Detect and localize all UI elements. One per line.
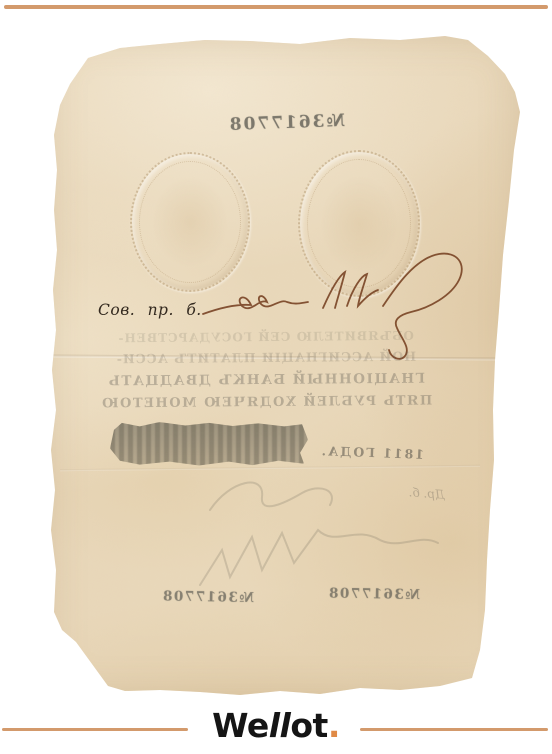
bottom-serial-right: №3617708	[302, 585, 420, 603]
brand-wordmark: Wellot.	[0, 706, 552, 745]
wordmark-period: .	[328, 706, 340, 745]
series-label: Сов. пр. б.	[98, 301, 202, 319]
wordmark-prefix: We	[212, 706, 269, 745]
showthrough-text-block: ОБЪЯВИТЕЛЮ СЕЙ ГОСУДАРСТВЕН- НОЙ АССИГНА…	[80, 325, 453, 415]
showthrough-line: НОЙ АССИГНАЦІИ ПЛАТИТЪ АССИ-	[80, 345, 452, 370]
brand-footer: Wellot.	[0, 706, 552, 754]
showthrough-line: ГНАЦІОННЫЙ БАНКЪ ДВАДЦАТЬ	[80, 367, 452, 393]
photo-frame: №3617708 Сов. пр. б. ОБЪЯВИТЕЛЮ СЕЙ ГОСУ…	[0, 0, 552, 754]
wordmark-suffix: ot	[290, 706, 327, 745]
showthrough-line: ПЯТЬ РУБЛЕЙ ХОДЯЧЕЮ МОНЕТОЮ	[80, 390, 452, 415]
top-accent-line	[4, 5, 548, 9]
showthrough-signature	[170, 455, 470, 605]
wordmark-ligature: ll	[269, 706, 291, 745]
bottom-serial-left: №3617708	[142, 588, 254, 606]
banknote-paper: №3617708 Сов. пр. б. ОБЪЯВИТЕЛЮ СЕЙ ГОСУ…	[0, 0, 552, 754]
brand-rule-right	[360, 728, 548, 731]
top-serial-mirrored: №3617708	[225, 111, 346, 135]
